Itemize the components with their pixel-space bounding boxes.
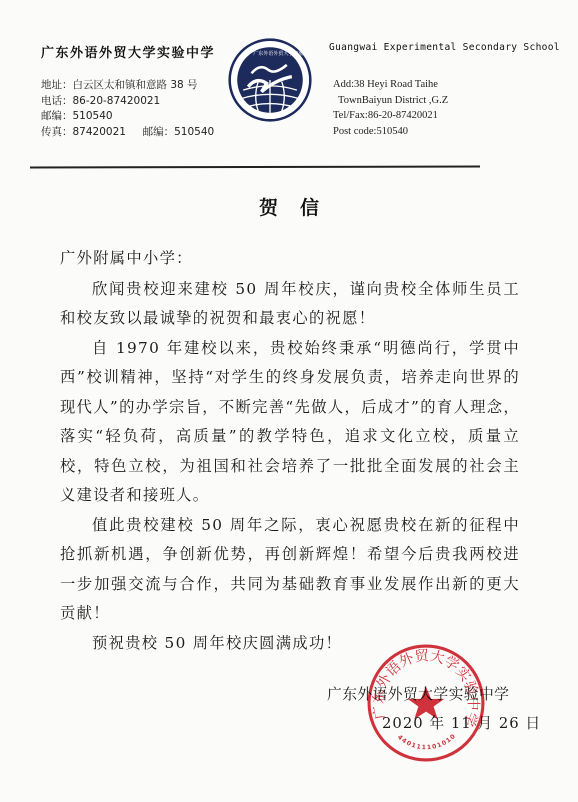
fax-cn: 传真：87420021 邮编：510540 bbox=[41, 125, 214, 141]
header-divider bbox=[30, 166, 480, 169]
school-name-en: Guangwai Experimental Secondary School bbox=[329, 42, 560, 53]
school-emblem-icon: 广东外语外贸大学实验中学 bbox=[228, 38, 312, 122]
letter-body: 广外附属中小学： 欣闻贵校迎来建校 50 周年校庆，谨向贵校全体师生员工和校友致… bbox=[60, 244, 520, 658]
official-red-seal-icon: 广东外语外贸大学实验中学 4401111010108 bbox=[365, 642, 487, 764]
paragraph-3: 值此贵校建校 50 周年之际，衷心祝愿贵校在新的征程中抢抓新机遇，争创新优势，再… bbox=[60, 511, 520, 629]
address-en-line1: Add:38 Heyi Road Taihe bbox=[333, 77, 448, 93]
salutation: 广外附属中小学： bbox=[60, 244, 520, 274]
svg-text:广东外语外贸大学实验中学: 广东外语外贸大学实验中学 bbox=[253, 50, 312, 57]
paragraph-1: 欣闻贵校迎来建校 50 周年校庆，谨向贵校全体师生员工和校友致以最诚挚的祝贺和最… bbox=[60, 275, 520, 334]
contact-info-en: Add:38 Heyi Road Taihe TownBaiyun Distri… bbox=[333, 77, 448, 139]
address-cn: 地址：白云区太和镇和意路 38 号 bbox=[41, 78, 214, 94]
postcode-en: Post code:510540 bbox=[333, 124, 448, 140]
address-en-line2: TownBaiyun District ,G.Z bbox=[333, 93, 448, 109]
school-name-cn: 广东外语外贸大学实验中学 bbox=[41, 42, 215, 61]
phone-cn: 电话：86-20-87420021 bbox=[41, 94, 214, 110]
contact-info-cn: 地址：白云区太和镇和意路 38 号 电话：86-20-87420021 邮编：5… bbox=[41, 78, 214, 140]
tel-fax-en: Tel/Fax:86-20-87420021 bbox=[333, 108, 448, 124]
letter-title: 贺信 bbox=[0, 193, 578, 220]
postcode-cn: 邮编：510540 bbox=[41, 109, 214, 125]
paragraph-2: 自 1970 年建校以来，贵校始终秉承“明德尚行，学贯中西”校训精神，坚持“对学… bbox=[60, 334, 520, 511]
